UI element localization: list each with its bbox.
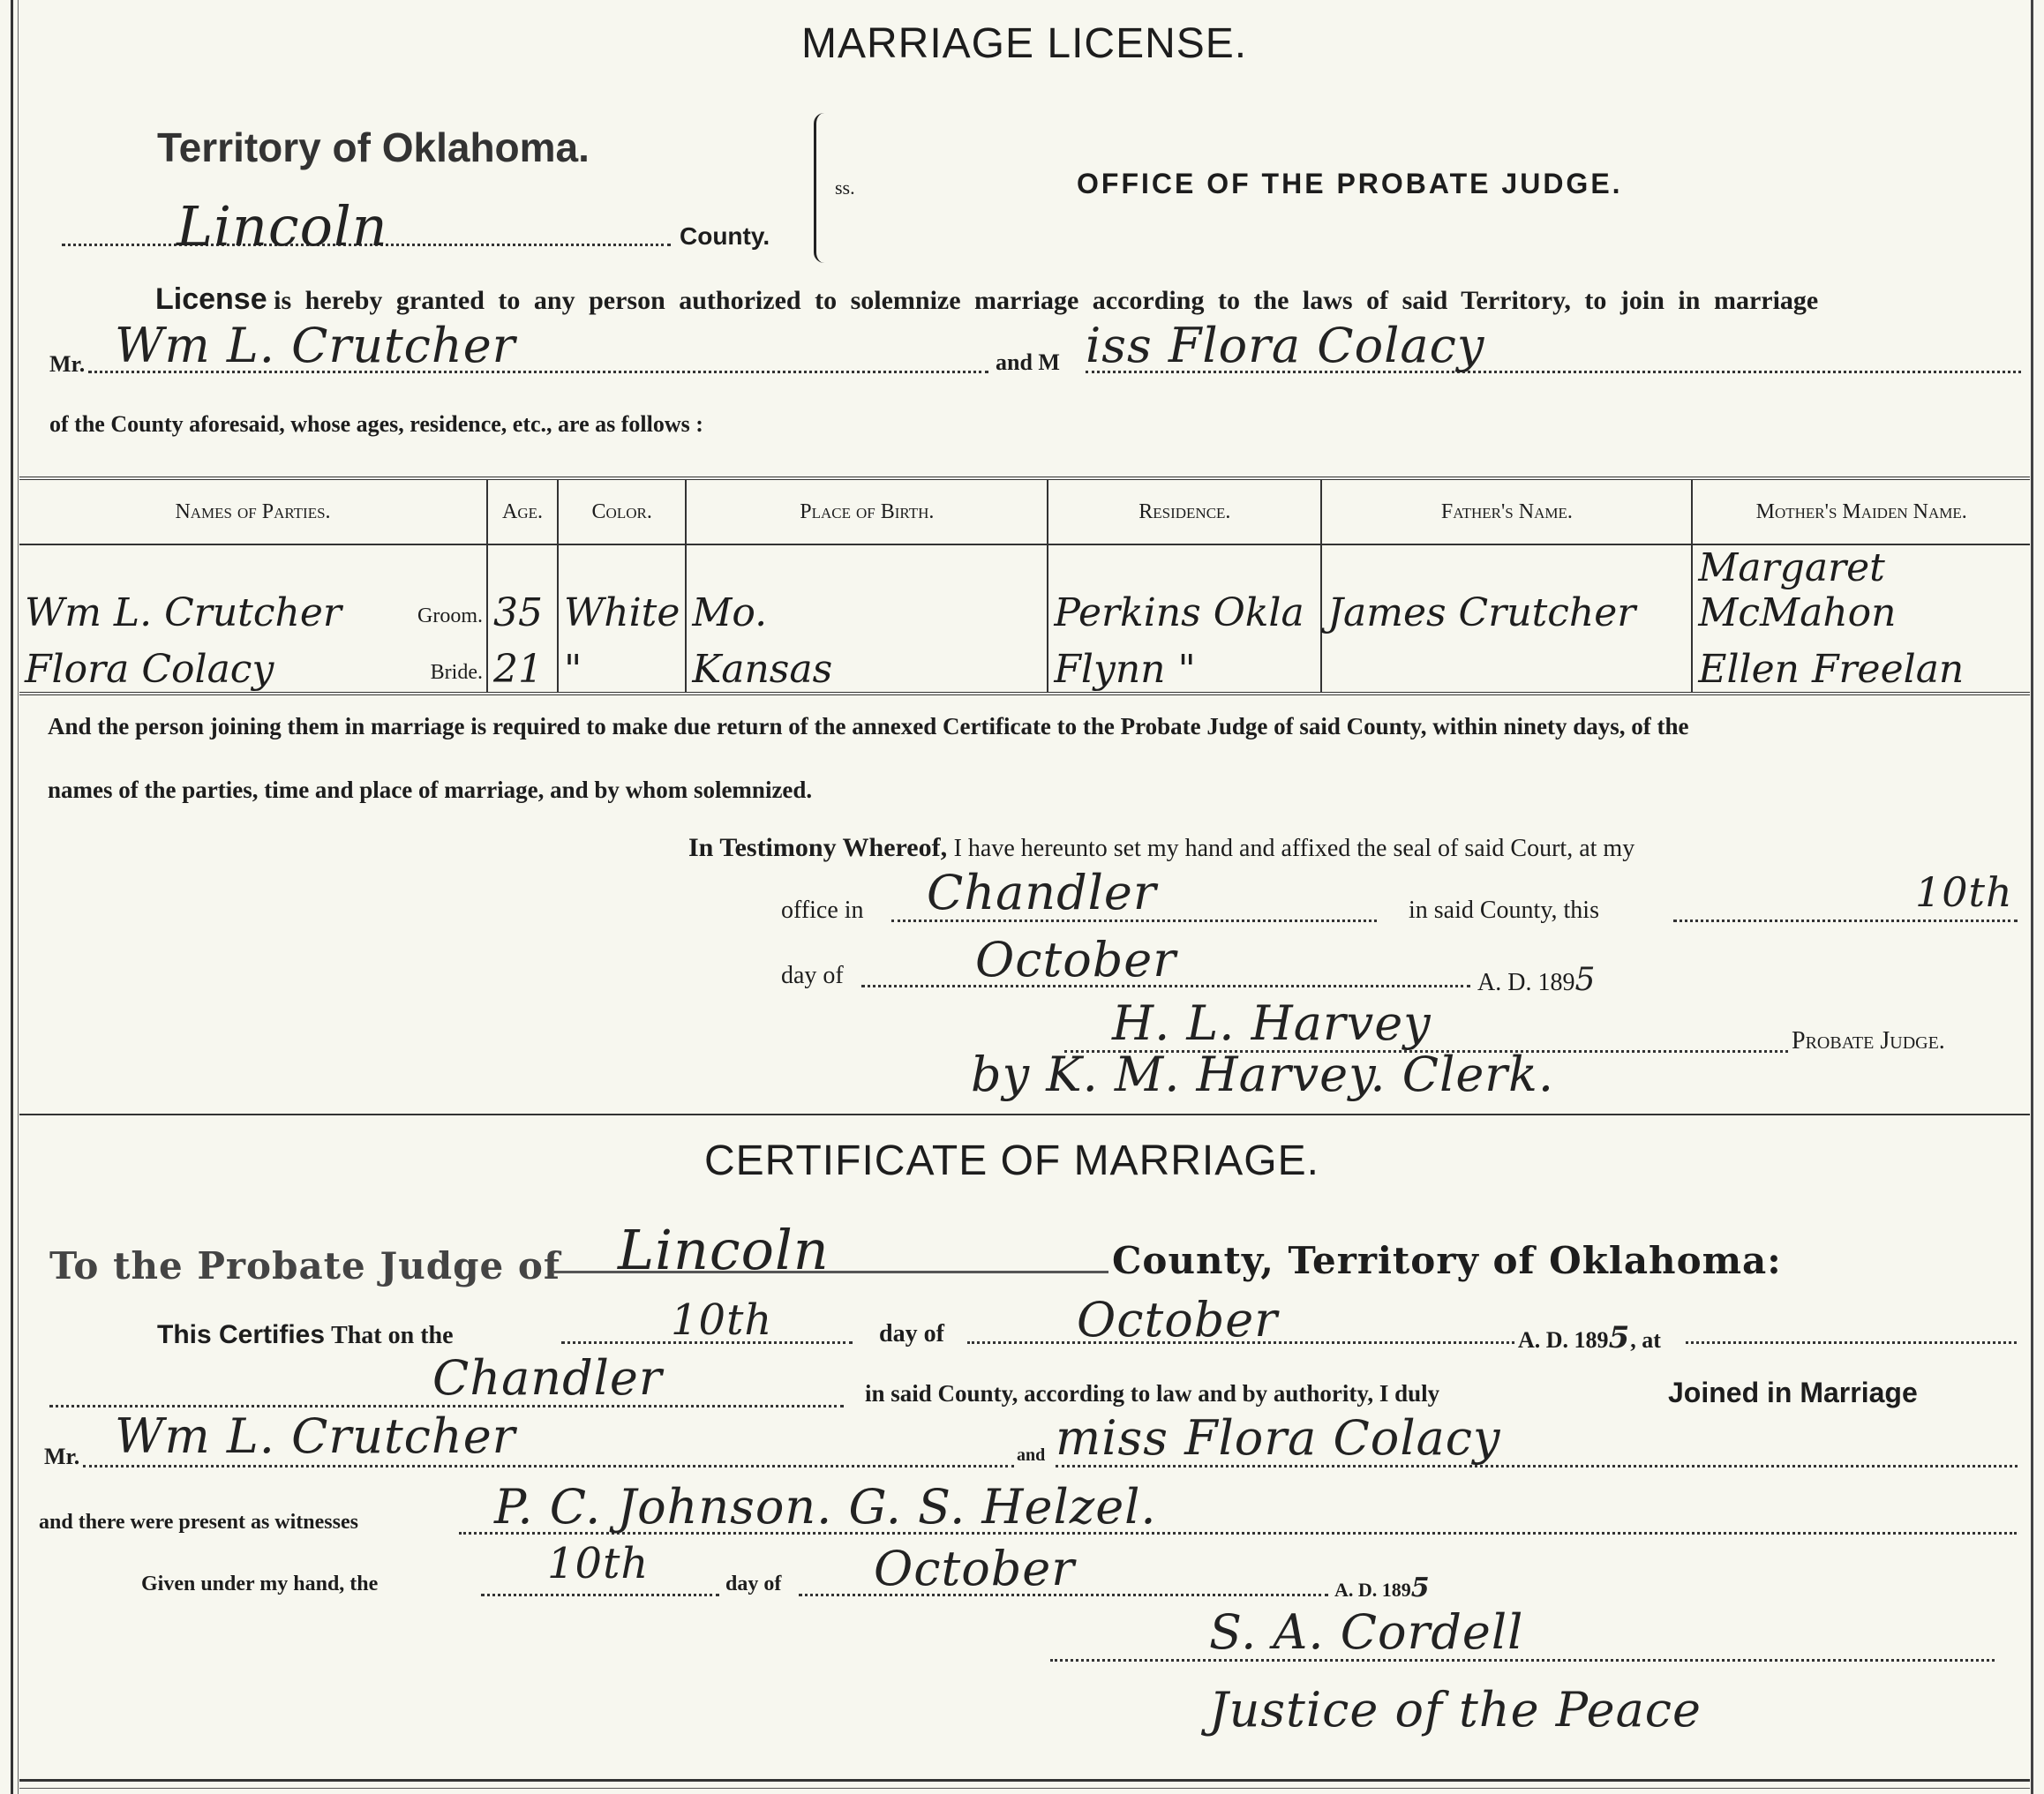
given-day-dotted-line bbox=[481, 1594, 719, 1596]
brace bbox=[814, 113, 834, 263]
groom-father: James Crutcher bbox=[1321, 544, 1692, 635]
month-handwritten: October bbox=[975, 932, 1176, 987]
office-heading: OFFICE OF THE PROBATE JUDGE. bbox=[1077, 168, 1623, 200]
header-residence: Residence. bbox=[1048, 478, 1321, 544]
certifies-line: This Certifies That on the bbox=[157, 1320, 454, 1350]
bride-father bbox=[1321, 635, 1692, 694]
ad-label: A. D. 1895 bbox=[1477, 962, 1596, 998]
cert-day-of-label: day of bbox=[879, 1320, 944, 1348]
bride-birth: Kansas bbox=[686, 635, 1048, 694]
bride-role: Bride. bbox=[431, 661, 483, 685]
territory-heading: Territory of Oklahoma. bbox=[157, 124, 590, 171]
office-in-label: office in bbox=[781, 897, 864, 925]
return-text-line1: And the person joining them in marriage … bbox=[48, 713, 1688, 740]
ad-text: A. D. 189 bbox=[1477, 969, 1574, 996]
cert-at-label: , at bbox=[1630, 1327, 1661, 1353]
bride-color: " bbox=[558, 635, 686, 694]
year-suffix-handwritten: 5 bbox=[1574, 962, 1596, 998]
parties-table: Names of Parties. Age. Color. Place of B… bbox=[19, 477, 2030, 695]
county-handwritten: Lincoln bbox=[177, 194, 388, 259]
groom-cell: Wm L. CrutcherGroom. bbox=[19, 544, 487, 635]
day-handwritten: 10th bbox=[1915, 868, 2013, 916]
officiant-title: Justice of the Peace bbox=[1209, 1682, 1702, 1738]
groom-name: Wm L. Crutcher bbox=[25, 590, 342, 635]
cert-groom-handwritten: Wm L. Crutcher bbox=[115, 1408, 515, 1464]
testimony-lead: In Testimony Whereof, bbox=[688, 833, 947, 862]
judge-title: Probate Judge. bbox=[1792, 1027, 1945, 1055]
that-on-label: That on the bbox=[331, 1322, 453, 1349]
cert-and-label: and bbox=[1017, 1445, 1045, 1466]
joined-in-marriage: Joined in Marriage bbox=[1668, 1377, 1918, 1409]
grant-paragraph: License is hereby granted to any person … bbox=[155, 282, 1818, 317]
bride-residence: Flynn " bbox=[1048, 635, 1321, 694]
given-year-suffix: 5 bbox=[1411, 1573, 1431, 1603]
header-age: Age. bbox=[487, 478, 558, 544]
return-text-line2: names of the parties, time and place of … bbox=[48, 777, 812, 804]
witnesses-label: and there were present as witnesses bbox=[39, 1511, 358, 1535]
table-row-bride: Flora ColacyBride. 21 " Kansas Flynn " E… bbox=[19, 635, 2030, 694]
mr-label: Mr. bbox=[49, 351, 85, 378]
license-title: MARRIAGE LICENSE. bbox=[801, 19, 1247, 68]
page-border-left-inner bbox=[18, 0, 19, 1794]
aforesaid-text: of the County aforesaid, whose ages, res… bbox=[49, 411, 703, 438]
officiant-signature: S. A. Cordell bbox=[1209, 1604, 1523, 1660]
page-border-left bbox=[11, 0, 13, 1794]
bottom-rule-2 bbox=[19, 1788, 2030, 1789]
bride-mother: Ellen Freelan bbox=[1692, 635, 2030, 694]
cert-place-handwritten: Chandler bbox=[432, 1350, 663, 1406]
bottom-rule bbox=[19, 1779, 2030, 1782]
county-label: County. bbox=[680, 222, 770, 251]
groom-color: White bbox=[558, 544, 686, 635]
header-mother: Mother's Maiden Name. bbox=[1692, 478, 2030, 544]
header-birth: Place of Birth. bbox=[686, 478, 1048, 544]
cert-day-handwritten: 10th bbox=[671, 1295, 772, 1345]
groom-role: Groom. bbox=[417, 604, 483, 628]
grant-text: is hereby granted to any person authoriz… bbox=[274, 286, 1818, 315]
section-divider bbox=[19, 1114, 2030, 1115]
judge-signature: H. L. Harvey bbox=[1112, 995, 1432, 1051]
groom-age: 35 bbox=[487, 544, 558, 635]
cert-groom-dotted-line bbox=[83, 1465, 1014, 1467]
day-of-label: day of bbox=[781, 962, 844, 990]
to-judge-label: To the Probate Judge of bbox=[49, 1244, 560, 1287]
given-day-of-label: day of bbox=[725, 1573, 781, 1596]
header-color: Color. bbox=[558, 478, 686, 544]
and-label: and M bbox=[996, 349, 1060, 376]
cert-ad-label: A. D. 1895, at bbox=[1518, 1320, 1661, 1355]
cert-month-handwritten: October bbox=[1077, 1292, 1278, 1347]
given-day-handwritten: 10th bbox=[547, 1539, 649, 1588]
given-ad-label: A. D. 1895 bbox=[1334, 1573, 1431, 1603]
bride-name: Flora Colacy bbox=[25, 647, 274, 692]
given-ad-text: A. D. 189 bbox=[1334, 1579, 1411, 1601]
given-label: Given under my hand, the bbox=[141, 1573, 378, 1596]
header-names: Names of Parties. bbox=[19, 478, 487, 544]
bride-cell: Flora ColacyBride. bbox=[19, 635, 487, 694]
testimony-text: I have hereunto set my hand and affixed … bbox=[954, 835, 1635, 862]
cert-year-suffix: 5 bbox=[1609, 1320, 1631, 1355]
cert-mr-label: Mr. bbox=[44, 1444, 79, 1470]
groom-residence: Perkins Okla bbox=[1048, 544, 1321, 635]
cert-ad-text: A. D. 189 bbox=[1518, 1327, 1609, 1353]
groom-name-handwritten: Wm L. Crutcher bbox=[115, 318, 515, 373]
witnesses-handwritten: P. C. Johnson. G. S. Helzel. bbox=[494, 1479, 1157, 1535]
day-dotted-line bbox=[1673, 920, 2018, 922]
bride-name-handwritten: iss Flora Colacy bbox=[1086, 318, 1484, 373]
certifies-lead: This Certifies bbox=[157, 1320, 325, 1349]
bride-age: 21 bbox=[487, 635, 558, 694]
certificate-title: CERTIFICATE OF MARRIAGE. bbox=[704, 1137, 1319, 1185]
testimony-paragraph: In Testimony Whereof, I have hereunto se… bbox=[688, 833, 1634, 863]
table-row-groom: Wm L. CrutcherGroom. 35 White Mo. Perkin… bbox=[19, 544, 2030, 635]
groom-birth: Mo. bbox=[686, 544, 1048, 635]
in-said-county-label: in said County, this bbox=[1409, 897, 1599, 925]
county-territory-label: County, Territory of Oklahoma: bbox=[1112, 1239, 1782, 1282]
header-father: Father's Name. bbox=[1321, 478, 1692, 544]
clerk-signature: by K. M. Harvey. Clerk. bbox=[971, 1047, 1554, 1102]
given-month-handwritten: October bbox=[874, 1541, 1075, 1596]
grant-lead: License bbox=[155, 282, 267, 316]
office-place-handwritten: Chandler bbox=[927, 865, 1157, 920]
cert-at-dotted-line bbox=[1686, 1341, 2017, 1344]
cert-bride-handwritten: miss Flora Colacy bbox=[1056, 1410, 1501, 1466]
page-border-right bbox=[2031, 0, 2033, 1794]
authority-text: in said County, according to law and by … bbox=[865, 1380, 1439, 1407]
groom-mother: Margaret McMahon bbox=[1692, 544, 2030, 635]
ss-label: ss. bbox=[835, 176, 855, 199]
cert-county-handwritten: Lincoln bbox=[618, 1218, 830, 1282]
